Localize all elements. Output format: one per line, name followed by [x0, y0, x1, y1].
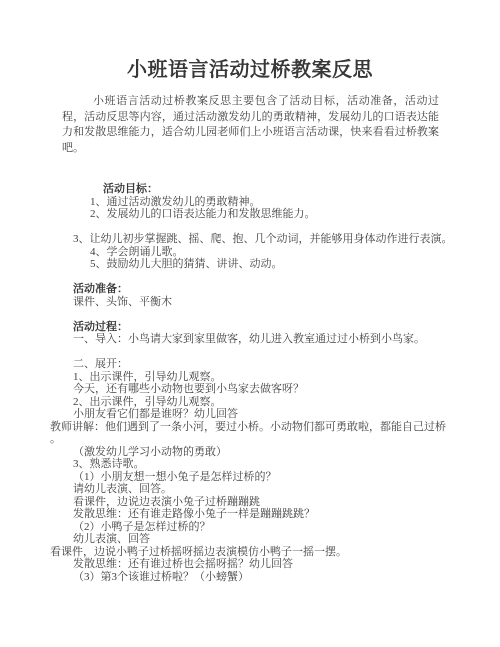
doc-line: 5、鼓励幼儿大胆的猜猜、讲讲、动动。	[0, 258, 500, 271]
doc-line: 1、出示课件，引导幼儿观察。	[0, 371, 500, 384]
doc-line: 3、熟悉诗歌。	[0, 458, 500, 471]
doc-line: 教师讲解：他们遇到了一条小河，要过小桥。小动物们都可勇敢啦，都能自己过桥	[0, 421, 500, 434]
doc-line: 2、出示课件，引导幼儿观察。	[0, 396, 500, 409]
doc-line: 2、发展幼儿的口语表达能力和发散思维能力。	[0, 208, 500, 221]
doc-line: （2）小鸭子是怎样过桥的？	[0, 521, 500, 534]
doc-line: 课件、头饰、平衡木	[0, 296, 500, 309]
doc-line: 发散思维：还有谁过桥也会摇呀摇？幼儿回答	[0, 558, 500, 571]
doc-line: 活动目标：	[0, 183, 500, 196]
doc-line: 看课件，边说边表演小兔子过桥蹦蹦跳	[0, 496, 500, 509]
doc-line: 一、导入：小鸟请大家到家里做客，幼儿进入教室通过过小桥到小鸟家。	[0, 333, 500, 346]
doc-line: 请幼儿表演、回答。	[0, 483, 500, 496]
document-body: 活动目标：1、通过活动激发幼儿的勇敢精神。2、发展幼儿的口语表达能力和发散思维能…	[0, 183, 500, 583]
doc-line: 发散思维：还有谁走路像小兔子一样是蹦蹦跳跳？	[0, 508, 500, 521]
doc-line: （3）第3个该谁过桥啦？（小螃蟹）	[0, 571, 500, 584]
doc-line: 活动准备：	[0, 283, 500, 296]
doc-line: 1、通过活动激发幼儿的勇敢精神。	[0, 196, 500, 209]
doc-line: （激发幼儿学习小动物的勇敢）	[0, 446, 500, 459]
doc-line: 二、展开：	[0, 358, 500, 371]
doc-line: （1）小朋友想一想小兔子是怎样过桥的？	[0, 471, 500, 484]
doc-line: 。	[0, 433, 500, 446]
document-page: 小班语言活动过桥教案反思 小班语言活动过桥教案反思主要包含了活动目标，活动准备，…	[0, 0, 500, 647]
doc-line: 幼儿表演、回答	[0, 533, 500, 546]
document-title: 小班语言活动过桥教案反思	[0, 0, 500, 83]
doc-line: 今天，还有哪些小动物也要到小鸟家去做客呀？	[0, 383, 500, 396]
doc-line: 看课件，边说小鸭子过桥摇呀摇边表演模仿小鸭子一摇一摆。	[0, 546, 500, 559]
doc-line: 3、让幼儿初步掌握跳、摇、爬、抱、几个动词，并能够用身体动作进行表演。	[0, 233, 500, 246]
doc-line: 活动过程：	[0, 321, 500, 334]
doc-line: 小朋友看它们都是谁呀？幼儿回答	[0, 408, 500, 421]
doc-line: 4、学会朗诵儿歌。	[0, 246, 500, 259]
intro-paragraph: 小班语言活动过桥教案反思主要包含了活动目标，活动准备，活动过程，活动反思等内容，…	[0, 94, 500, 156]
